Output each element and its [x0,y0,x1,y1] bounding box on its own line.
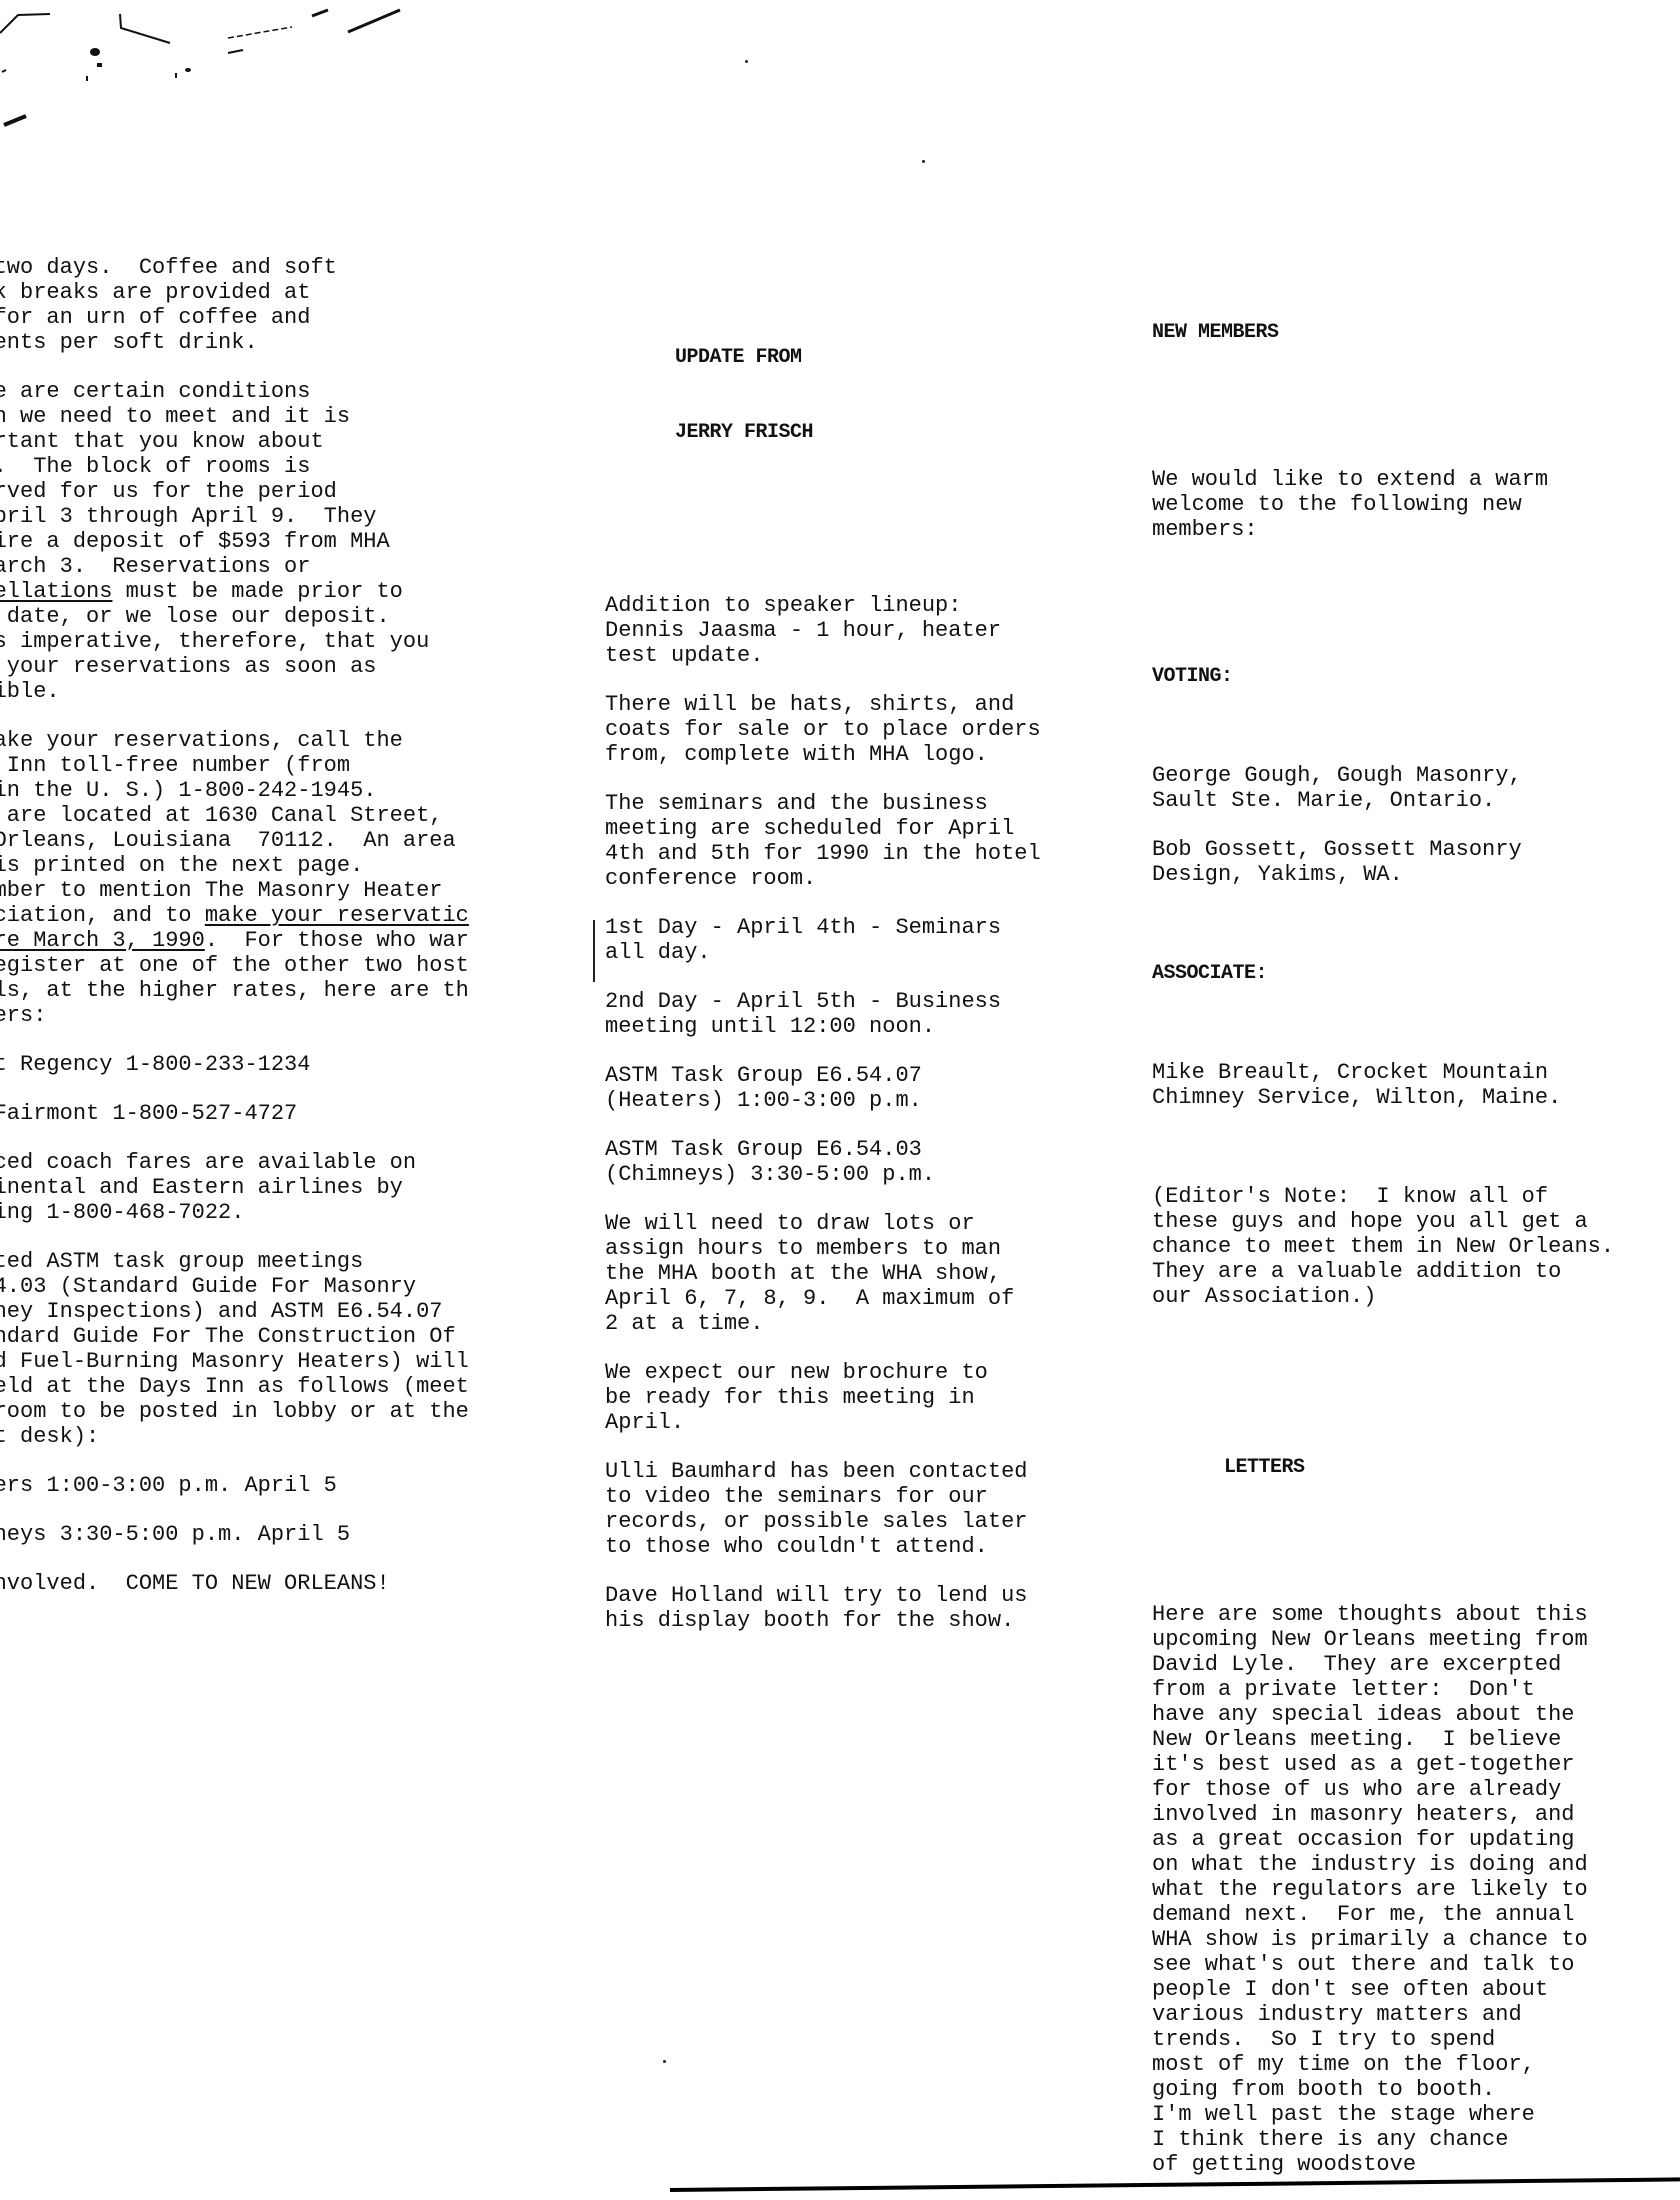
text-line: ialing 1-800-468-7022. [0,1200,594,1225]
text-line: various industry matters and [1152,2002,1680,2027]
text-line: or two days. Coffee and soft [0,255,594,280]
text-line: members: [1152,517,1680,542]
text-line: the MHA booth at the WHA show, [605,1261,1125,1286]
paragraph: ASTM Task Group E6.54.03(Chimneys) 3:30-… [605,1137,1125,1187]
text-line: (Editor's Note: I know all of [1152,1184,1680,1209]
scan-speck [745,60,748,63]
text-line: o register at one of the other two host [0,953,594,978]
paragraph: We will need to draw lots orassign hours… [605,1211,1125,1336]
text-line: welcome to the following new [1152,492,1680,517]
scan-speck [922,160,925,163]
paragraph: 1st Day - April 4th - Seminarsall day. [605,915,1125,965]
editors-note: (Editor's Note: I know all ofthese guys … [1152,1184,1680,1309]
text-line: for those of us who are already [1152,1777,1680,1802]
text-line: ossible. [0,679,594,704]
paragraph: Addition to speaker lineup:Dennis Jaasma… [605,593,1125,668]
text-line: his display booth for the show. [605,1608,1125,1633]
text-line: ancellations must be made prior to [0,579,594,604]
text-line: I think there is any chance [1152,2127,1680,2152]
paragraph: We expect our new brochure tobe ready fo… [605,1360,1125,1435]
text-line: Here are some thoughts about this [1152,1602,1680,1627]
text-line: George Gough, Gough Masonry, [1152,763,1680,788]
text-line: to video the seminars for our [605,1484,1125,1509]
paragraph: o make your reservations, call theays In… [0,728,594,1028]
text-line: New Orleans meeting. I believe [1152,1727,1680,1752]
text-line: ASTM Task Group E6.54.07 [605,1063,1125,1088]
right-column: NEW MEMBERS We would like to extend a wa… [1152,270,1680,2200]
text-line: 2 at a time. [605,1311,1125,1336]
text-line: equire a deposit of $593 from MHA [0,529,594,554]
text-line: eserved for us for the period [0,479,594,504]
text-line: meeting are scheduled for April [605,816,1125,841]
paragraph: The seminars and the businessmeeting are… [605,791,1125,891]
paragraph: here are certain conditionshich we need … [0,379,594,704]
text-line: see what's out there and talk to [1152,1952,1680,1977]
text-line: Design, Yakims, WA. [1152,862,1680,887]
text-line: otels, at the higher rates, here are th [0,978,594,1003]
paragraph: Dave Holland will try to lend ushis disp… [605,1583,1125,1633]
text-line: Dave Holland will try to lend us [605,1583,1125,1608]
text-line: it's best used as a get-together [1152,1752,1680,1777]
text-line: our Association.) [1152,1284,1680,1309]
letters-heading: LETTERS [1152,1455,1680,1480]
text-line: himney Inspections) and ASTM E6.54.07 [0,1299,594,1324]
member-entry: Bob Gossett, Gossett MasonryDesign, Yaki… [1152,837,1680,887]
text-line: as a great occasion for updating [1152,1827,1680,1852]
text-line: ew Orleans, Louisiana 70112. An area [0,828,594,853]
text-line: Dennis Jaasma - 1 hour, heater [605,618,1125,643]
text-line: Bob Gossett, Gossett Masonry [1152,837,1680,862]
text-line: 5 cents per soft drink. [0,330,594,355]
underlined-text: efore March 3, 1990 [0,928,205,953]
text-line: most of my time on the floor, [1152,2052,1680,2077]
text-line: 6.54.03 (Standard Guide For Masonry [0,1274,594,1299]
text-line: these guys and hope you all get a [1152,1209,1680,1234]
text-line: I'm well past the stage where [1152,2102,1680,2127]
text-line: here are certain conditions [0,379,594,404]
text-line: e held at the Days Inn as follows (meet [0,1374,594,1399]
paragraph: eaters 1:00-3:00 p.m. April 5 [0,1473,594,1498]
text-line: e involved. COME TO NEW ORLEANS! [0,1571,594,1596]
text-line: hat date, or we lose our deposit. [0,604,594,629]
text-line: demand next. For me, the annual [1152,1902,1680,1927]
text-line: Ulli Baumhard has been contacted [605,1459,1125,1484]
text-line: assign hours to members to man [605,1236,1125,1261]
text-line: Sault Ste. Marie, Ontario. [1152,788,1680,813]
text-line: 1st Day - April 4th - Seminars [605,915,1125,940]
text-line: Mike Breault, Crocket Mountain [1152,1060,1680,1085]
text-line: rink breaks are provided at [0,280,594,305]
associate-label: ASSOCIATE: [1152,961,1680,986]
text-line: to those who couldn't attend. [605,1534,1125,1559]
new-members-heading: NEW MEMBERS [1152,320,1680,345]
text-line: hey are located at 1630 Canal Street, [0,803,594,828]
text-line: 2nd Day - April 5th - Business [605,989,1125,1014]
update-body: Addition to speaker lineup:Dennis Jaasma… [605,593,1125,1633]
text-line: trends. So I try to spend [1152,2027,1680,2052]
text-line: y March 3. Reservations or [0,554,594,579]
scan-artifact-marks [0,0,560,150]
text-line: efore March 3, 1990. For those who war [0,928,594,953]
underlined-text: ancellations [0,579,112,604]
text-line: Addition to speaker lineup: [605,593,1125,618]
text-line: David Lyle. They are excerpted [1152,1652,1680,1677]
text-line: from, complete with MHA logo. [605,742,1125,767]
paragraph: e involved. COME TO NEW ORLEANS! [0,1571,594,1596]
text-line: have any special ideas about the [1152,1702,1680,1727]
paragraph: he Fairmont 1-800-527-4727 [0,1101,594,1126]
text-line: what the regulators are likely to [1152,1877,1680,1902]
text-line: educed coach fares are available on [0,1150,594,1175]
text-line: records, or possible sales later [605,1509,1125,1534]
update-heading: UPDATE FROM JERRY FRISCH [605,295,1125,495]
left-column: or two days. Coffee and softrink breaks … [0,255,594,1620]
text-line: t is imperative, therefore, that you [0,629,594,654]
text-line: himneys 3:30-5:00 p.m. April 5 [0,1522,594,1547]
text-line: ithin the U. S.) 1-800-242-1945. [0,778,594,803]
text-line: emember to mention The Masonry Heater [0,878,594,903]
text-line: ssociation, and to make your reservatic [0,903,594,928]
paragraph: himneys 3:30-5:00 p.m. April 5 [0,1522,594,1547]
text-line: umbers: [0,1003,594,1028]
text-line: April 6, 7, 8, 9. A maximum of [605,1286,1125,1311]
member-entry: George Gough, Gough Masonry,Sault Ste. M… [1152,763,1680,813]
text-line: he Fairmont 1-800-527-4727 [0,1101,594,1126]
paragraph: 2nd Day - April 5th - Businessmeeting un… [605,989,1125,1039]
text-line: ront desk): [0,1424,594,1449]
text-line: mportant that you know about [0,429,594,454]
text-line: They are a valuable addition to [1152,1259,1680,1284]
text-line: hem. The block of rooms is [0,454,594,479]
text-line: all day. [605,940,1125,965]
text-line: ays Inn toll-free number (from [0,753,594,778]
voting-label: VOTING: [1152,664,1680,689]
text-line: ake your reservations as soon as [0,654,594,679]
text-line: be ready for this meeting in [605,1385,1125,1410]
text-line: coats for sale or to place orders [605,717,1125,742]
text-line: 15 for an urn of coffee and [0,305,594,330]
text-line: We expect our new brochure to [605,1360,1125,1385]
member-entry: Mike Breault, Crocket MountainChimney Se… [1152,1060,1680,1110]
associate-members-list: Mike Breault, Crocket MountainChimney Se… [1152,1060,1680,1110]
paragraph: There will be hats, shirts, andcoats for… [605,692,1125,767]
text-line: (Chimneys) 3:30-5:00 p.m. [605,1162,1125,1187]
text-line: 4th and 5th for 1990 in the hotel [605,841,1125,866]
text-line: people I don't see often about [1152,1977,1680,2002]
scan-speck [663,2060,666,2063]
paragraph: yatt Regency 1-800-233-1234 [0,1052,594,1077]
text-line: There will be hats, shirts, and [605,692,1125,717]
paragraph: Ulli Baumhard has been contactedto video… [605,1459,1125,1559]
text-line: elated ASTM task group meetings [0,1249,594,1274]
text-line: test update. [605,643,1125,668]
text-line: WHA show is primarily a chance to [1152,1927,1680,1952]
text-line: We will need to draw lots or [605,1211,1125,1236]
letters-body: Here are some thoughts about thisupcomin… [1152,1602,1680,2177]
new-members-intro: We would like to extend a warmwelcome to… [1152,467,1680,542]
paragraph: elated ASTM task group meetings6.54.03 (… [0,1249,594,1449]
text-line: f April 3 through April 9. They [0,504,594,529]
text-line: going from booth to booth. [1152,2077,1680,2102]
text-line: The seminars and the business [605,791,1125,816]
text-line: upcoming New Orleans meeting from [1152,1627,1680,1652]
text-line: ASTM Task Group E6.54.03 [605,1137,1125,1162]
text-line: yatt Regency 1-800-233-1234 [0,1052,594,1077]
text-line: chance to meet them in New Orleans. [1152,1234,1680,1259]
text-line: ontinental and Eastern airlines by [0,1175,594,1200]
text-line: of getting woodstove [1152,2152,1680,2177]
text-line: April. [605,1410,1125,1435]
text-line: ng room to be posted in lobby or at the [0,1399,594,1424]
voting-members-list: George Gough, Gough Masonry,Sault Ste. M… [1152,763,1680,887]
text-line: (Heaters) 1:00-3:00 p.m. [605,1088,1125,1113]
text-line: involved in masonry heaters, and [1152,1802,1680,1827]
text-line: o make your reservations, call the [0,728,594,753]
text-line: from a private letter: Don't [1152,1677,1680,1702]
text-line: meeting until 12:00 noon. [605,1014,1125,1039]
paragraph: or two days. Coffee and softrink breaks … [0,255,594,355]
text-line: We would like to extend a warm [1152,467,1680,492]
text-line: hich we need to meet and it is [0,404,594,429]
underlined-text: make your reservatic [205,903,469,928]
middle-column: UPDATE FROM JERRY FRISCH Addition to spe… [605,245,1125,1682]
update-heading-line1: UPDATE FROM [605,345,1125,370]
text-line: conference room. [605,866,1125,891]
text-line: ap is printed on the next page. [0,853,594,878]
text-line: Chimney Service, Wilton, Maine. [1152,1085,1680,1110]
paragraph: educed coach fares are available onontin… [0,1150,594,1225]
update-heading-line2: JERRY FRISCH [605,420,1125,445]
text-line: olid Fuel-Burning Masonry Heaters) will [0,1349,594,1374]
paragraph: ASTM Task Group E6.54.07(Heaters) 1:00-3… [605,1063,1125,1113]
text-line: Standard Guide For The Construction Of [0,1324,594,1349]
text-line: on what the industry is doing and [1152,1852,1680,1877]
text-line: eaters 1:00-3:00 p.m. April 5 [0,1473,594,1498]
